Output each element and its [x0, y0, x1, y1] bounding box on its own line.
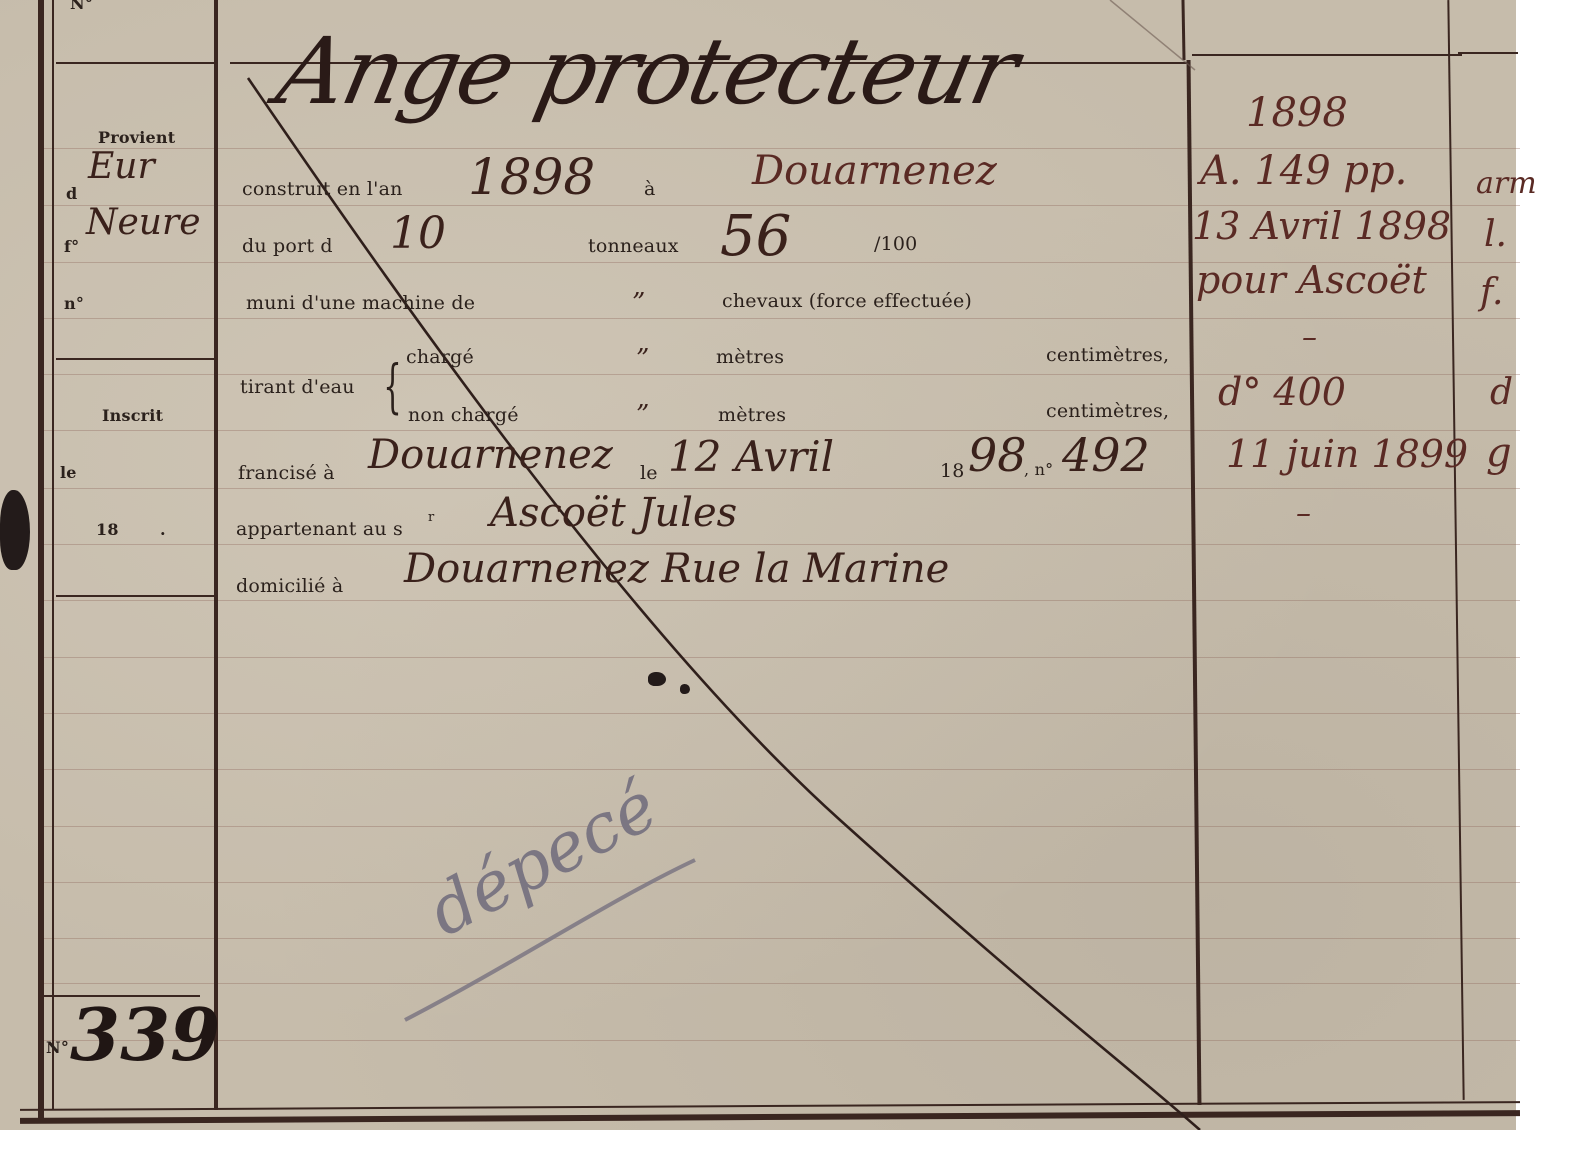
tirant-label: tirant d'eau [240, 376, 355, 398]
right-col-line-7: 11 juin 1899 [1226, 432, 1468, 476]
francise-no-label: , n° [1024, 460, 1053, 479]
machine-label: muni d'une machine de [246, 292, 475, 314]
right-col-line-1: 1898 [1246, 90, 1348, 136]
brace: { [383, 352, 402, 420]
ink-spot [680, 684, 690, 694]
francise-place: Douarnenez [368, 432, 613, 478]
construit-place: Douarnenez [752, 148, 997, 194]
d-label: d [66, 184, 77, 203]
francise-year-prefix: 18 [940, 460, 965, 482]
number-label: N° [46, 1038, 69, 1057]
far-right-line-1: arm [1476, 166, 1537, 201]
centimetres-label-2: centimètres, [1046, 400, 1169, 422]
centimetres-label-1: centimètres, [1046, 344, 1169, 366]
tonneaux-label: tonneaux [588, 235, 679, 257]
domicile-address: Douarnenez Rue la Marine [404, 546, 949, 592]
appartenant-superscript: r [428, 510, 434, 525]
far-right-line-3: f. [1480, 272, 1503, 313]
register-number: 339 [70, 992, 220, 1077]
right-col-line-2: A. 149 pp. [1200, 148, 1407, 194]
francise-label: francisé à [238, 462, 335, 484]
provient-value: Eur [88, 146, 155, 187]
year-dot: . [160, 520, 166, 539]
a-label: à [644, 178, 656, 200]
charge-value: ” [636, 344, 649, 374]
ship-name: Ange protecteur [269, 18, 1026, 125]
far-right-line-4: d [1490, 372, 1513, 413]
construit-year: 1898 [468, 148, 595, 206]
metres-label-1: mètres [716, 346, 784, 368]
francise-date: 12 Avril [668, 432, 834, 481]
machine-value: ” [632, 288, 645, 318]
tonneaux-fraction: /100 [874, 233, 917, 255]
register-page: N° Ange protecteur Provient Eur d Neure … [0, 0, 1516, 1130]
far-right-line-5: g [1486, 430, 1512, 476]
construit-label: construit en l'an [242, 178, 403, 200]
metres-label-2: mètres [718, 404, 786, 426]
ink-spot [648, 672, 666, 686]
header-number-label: N° [70, 0, 93, 13]
ink-blot [0, 490, 30, 570]
f-label: f° [64, 237, 79, 256]
francise-le-label: le [640, 462, 658, 484]
right-col-line-8: – [1296, 496, 1311, 531]
port-label: du port d [242, 235, 333, 257]
le-label: le [60, 463, 77, 482]
port-value: 10 [390, 208, 446, 259]
inscrit-label: Inscrit [102, 406, 163, 425]
non-charge-value: ” [636, 400, 649, 430]
far-right-line-2: l. [1484, 214, 1507, 255]
non-charge-label: non chargé [408, 404, 519, 426]
owner-name: Ascoët Jules [490, 490, 737, 536]
appartenant-label: appartenant au s [236, 518, 403, 540]
n-label: n° [64, 294, 84, 313]
right-col-line-3: 13 Avril 1898 [1192, 204, 1451, 248]
francise-year-suffix: 98 [968, 428, 1027, 482]
f-value: Neure [86, 202, 201, 243]
year-prefix: 18 [96, 520, 119, 539]
tonneaux-value: 56 [720, 204, 791, 269]
francise-no-value: 492 [1062, 428, 1150, 482]
right-col-line-5: – [1302, 320, 1317, 355]
provient-label: Provient [98, 128, 175, 147]
chevaux-label: chevaux (force effectuée) [722, 290, 972, 312]
right-col-line-4: pour Ascoët [1196, 258, 1427, 302]
charge-label: chargé [406, 346, 474, 368]
right-col-line-6: d° 400 [1218, 370, 1346, 414]
domicilie-label: domicilié à [236, 575, 343, 597]
